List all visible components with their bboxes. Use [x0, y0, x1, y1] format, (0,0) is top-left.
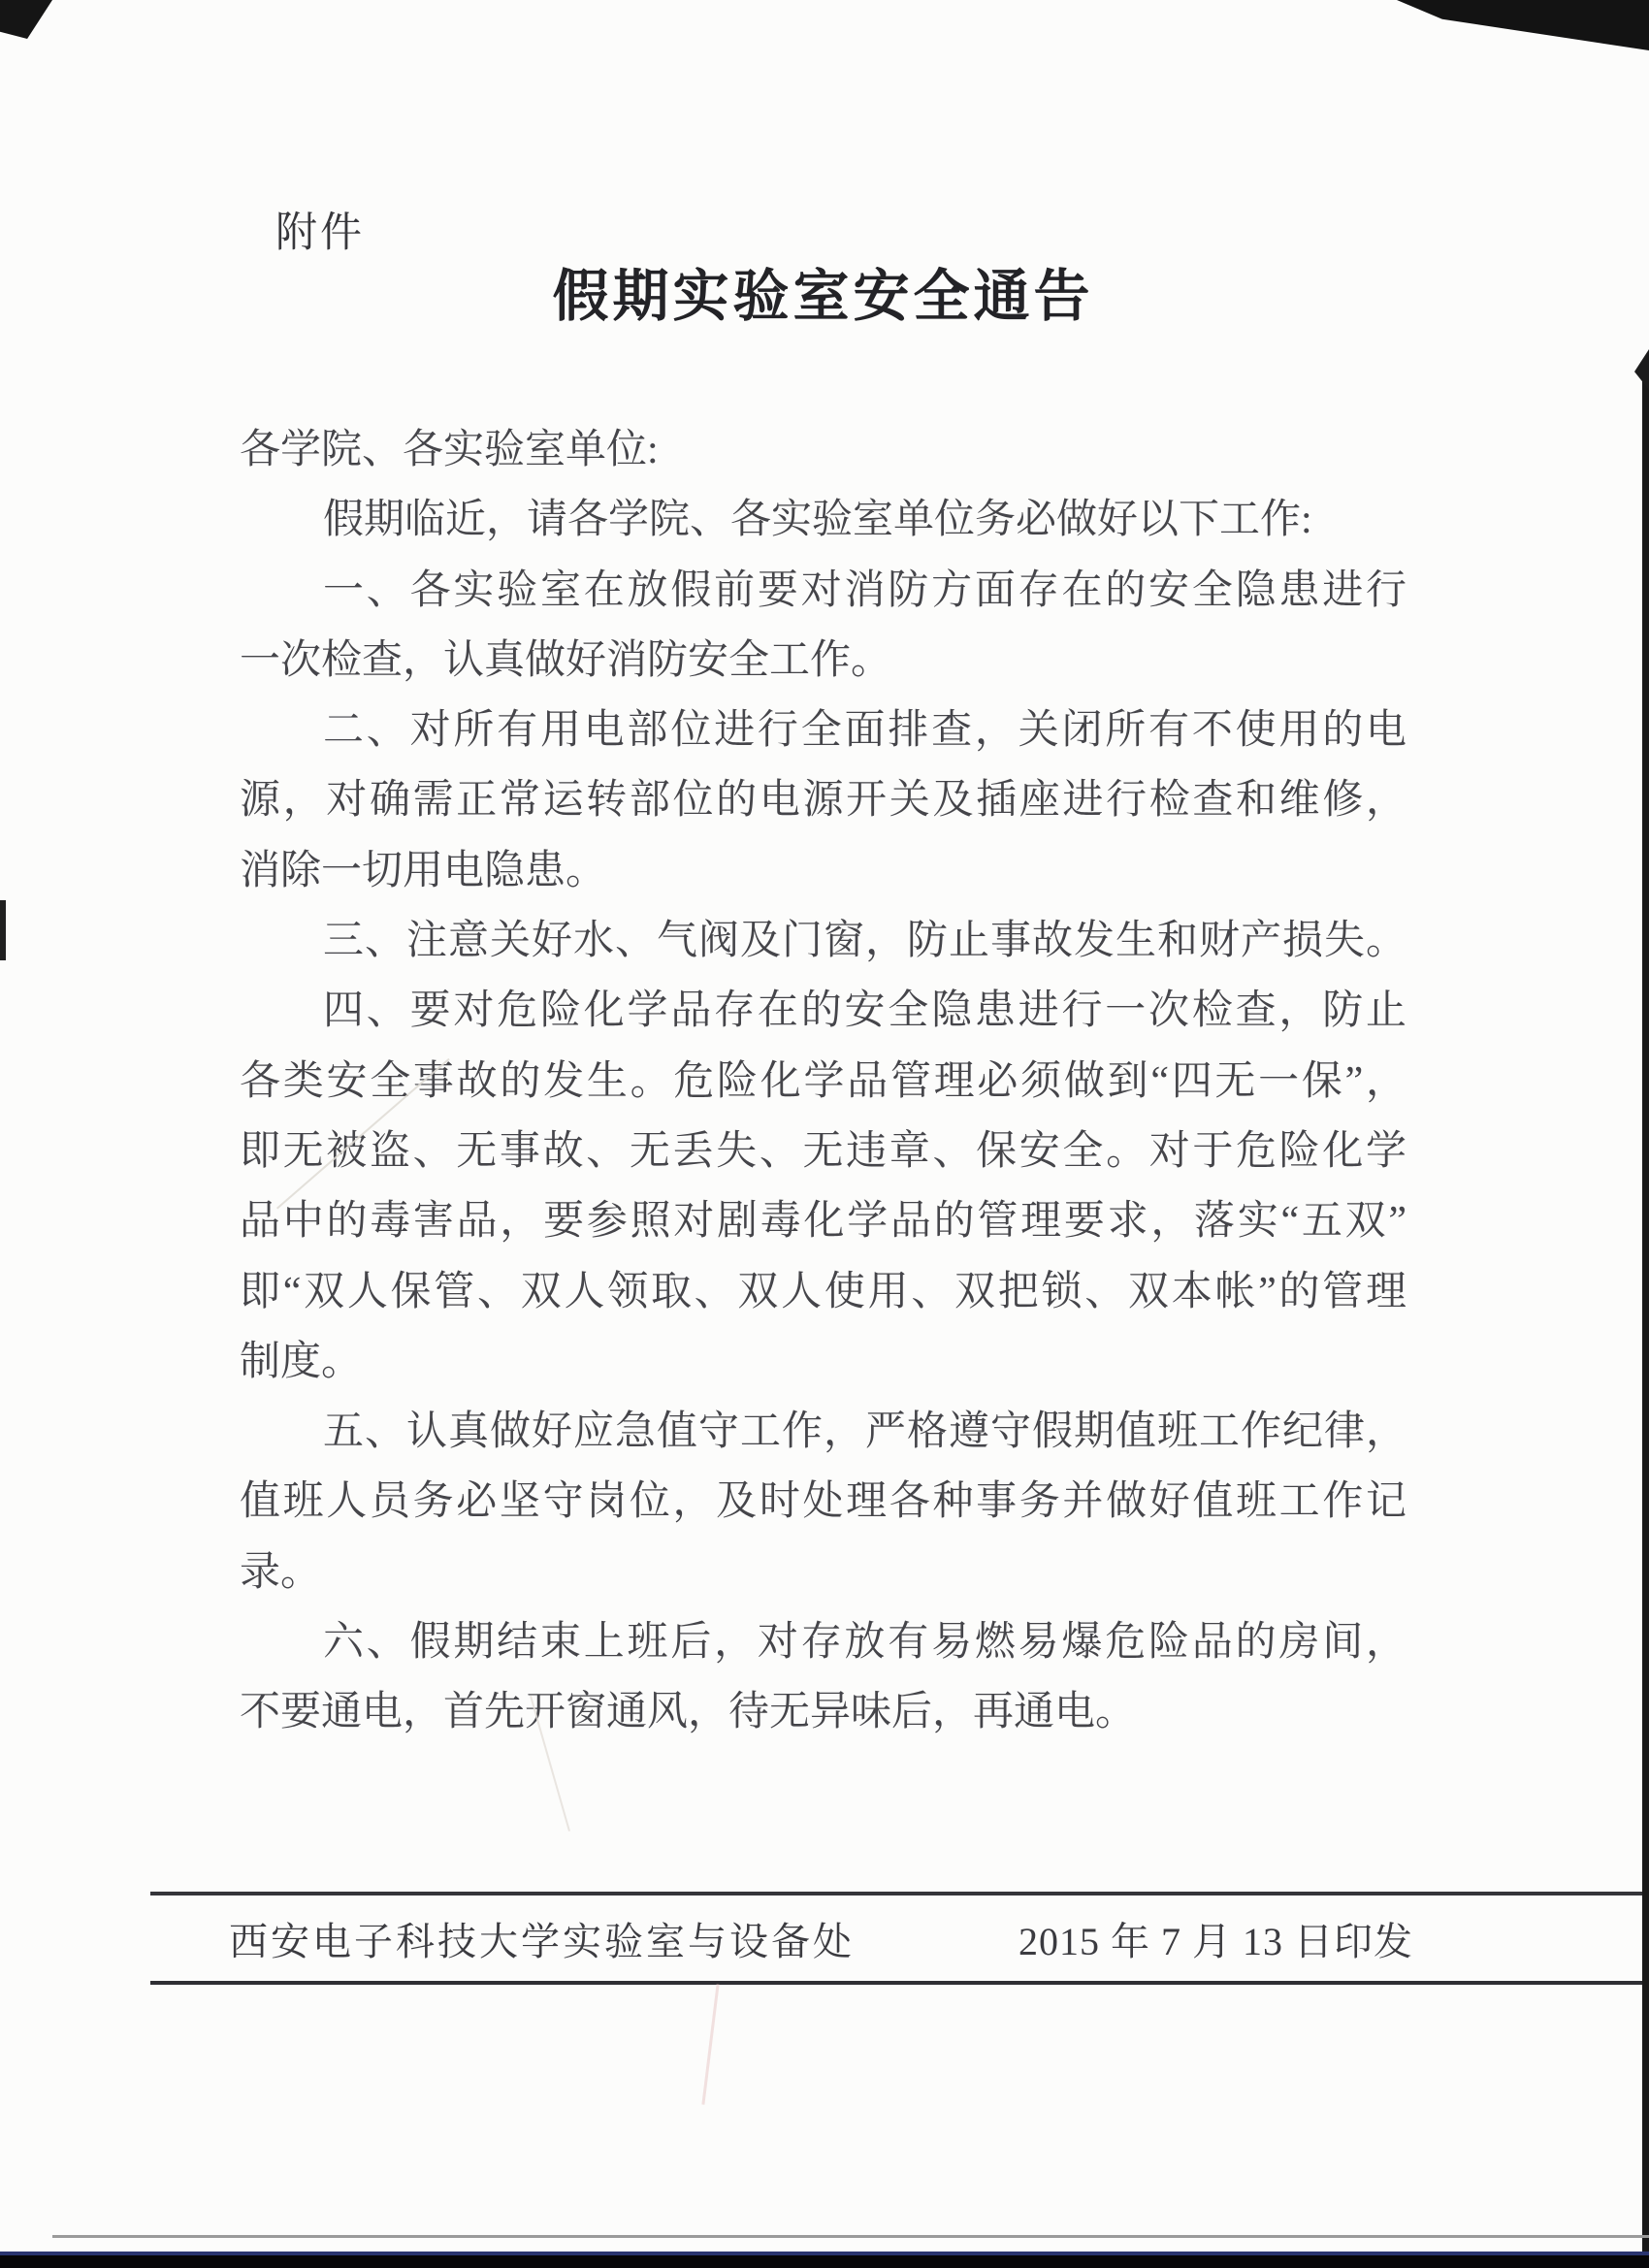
body-line: 值班人员务必坚守岗位，及时处理各种事务并做好值班工作记 [240, 1467, 1406, 1537]
body-line: 一、各实验室在放假前要对消防方面存在的安全隐患进行 [240, 556, 1406, 626]
scan-artifact-top-right [1397, 0, 1649, 50]
document-title: 假期实验室安全通告 [240, 250, 1406, 332]
issuing-department: 西安电子科技大学实验室与设备处 [229, 1911, 855, 1966]
body-line: 五、认真做好应急值守工作，严格遵守假期值班工作纪律， [240, 1397, 1406, 1467]
scan-artifact-left-edge [0, 900, 6, 960]
document-body: 各学院、各实验室单位: 假期临近，请各学院、各实验室单位务必做好以下工作: 一、… [240, 415, 1406, 1748]
body-line: 即无被盗、无事故、无丢失、无违章、保安全。对于危险化学 [240, 1117, 1406, 1186]
scan-artifact-right-edge [1642, 361, 1649, 2256]
body-line: 四、要对危险化学品存在的安全隐患进行一次检查，防止 [240, 976, 1406, 1046]
body-line: 录。 [240, 1538, 1406, 1607]
scan-crease [701, 1984, 719, 2104]
issuance-footer: 西安电子科技大学实验室与设备处 2015 年 7 月 13 日印发 [150, 1892, 1644, 1985]
scan-artifact-bottom-band [0, 2255, 1649, 2268]
scanned-document-page: 附件 假期实验室安全通告 各学院、各实验室单位: 假期临近，请各学院、各实验室单… [0, 0, 1649, 2268]
body-line: 三、注意关好水、气阀及门窗，防止事故发生和财产损失。 [240, 906, 1406, 976]
body-line: 制度。 [240, 1327, 1406, 1397]
body-line: 六、假期结束上班后，对存放有易燃易爆危险品的房间， [240, 1607, 1406, 1677]
body-line: 假期临近，请各学院、各实验室单位务必做好以下工作: [240, 485, 1406, 555]
body-line: 品中的毒害品，要参照对剧毒化学品的管理要求，落实“五双” [240, 1186, 1406, 1256]
body-line: 消除一切用电隐患。 [240, 836, 1406, 906]
body-line: 源，对确需正常运转部位的电源开关及插座进行检查和维修， [240, 765, 1406, 835]
scan-artifact-gray-line [52, 2235, 1649, 2238]
body-line: 不要通电，首先开窗通风，待无异味后，再通电。 [240, 1677, 1406, 1747]
body-line: 二、对所有用电部位进行全面排查，关闭所有不使用的电 [240, 696, 1406, 765]
scan-artifact-top-left [0, 0, 52, 39]
print-date: 2015 年 7 月 13 日印发 [1018, 1911, 1413, 1966]
body-line: 一次检查，认真做好消防安全工作。 [240, 626, 1406, 696]
body-line: 即“双人保管、双人领取、双人使用、双把锁、双本帐”的管理 [240, 1257, 1406, 1327]
body-line: 各类安全事故的发生。危险化学品管理必须做到“四无一保”， [240, 1047, 1406, 1117]
body-line: 各学院、各实验室单位: [240, 415, 1406, 485]
